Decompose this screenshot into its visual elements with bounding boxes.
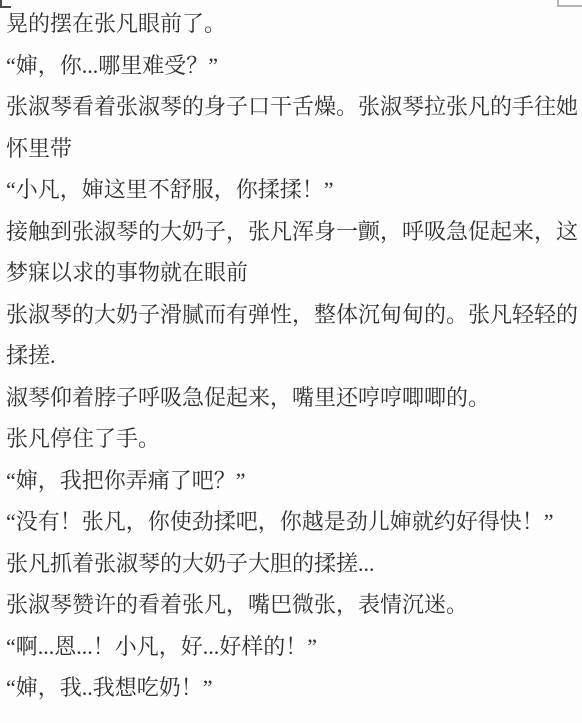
text-line: 晃的摆在张凡眼前了。 (6, 3, 582, 45)
page: { "colors": { "bg-color": "#fdfdfd", "te… (0, 0, 582, 723)
text-line: 揉搓. (6, 335, 582, 377)
text-line: 张淑琴的大奶子滑腻而有弹性，整体沉甸甸的。张凡轻轻的 (6, 294, 582, 336)
text-line: 接触到张淑琴的大奶子，张凡浑身一颤，呼吸急促起来，这 (6, 211, 582, 253)
text-line: 张淑琴看着张淑琴的身子口干舌燥。张淑琴拉张凡的手往她 (6, 86, 582, 128)
text-line: 张淑琴赞许的看着张凡，嘴巴微张，表情沉迷。 (6, 584, 582, 626)
novel-text-page: 晃的摆在张凡眼前了。 “婶，你...哪里难受？” 张淑琴看着张淑琴的身子口干舌燥… (0, 0, 582, 723)
text-block: 晃的摆在张凡眼前了。 “婶，你...哪里难受？” 张淑琴看着张淑琴的身子口干舌燥… (6, 3, 582, 709)
text-line: “婶，我把你弄痛了吧？” (6, 460, 582, 502)
text-line: “婶，我..我想吃奶！” (6, 667, 582, 709)
text-line: “小凡，婶这里不舒服，你揉揉！” (6, 169, 582, 211)
text-line: 淑琴仰着脖子呼吸急促起来，嘴里还哼哼唧唧的。 (6, 377, 582, 419)
text-line: 怀里带 (6, 128, 582, 170)
text-line: “啊...恩...！小凡，好...好样的！” (6, 626, 582, 668)
text-line: “婶，你...哪里难受？” (6, 45, 582, 87)
text-line: 梦寐以求的事物就在眼前 (6, 252, 582, 294)
text-line: 张凡抓着张淑琴的大奶子大胆的揉搓... (6, 543, 582, 585)
text-line: “没有！张凡，你使劲揉吧，你越是劲儿婶就约好得快！” (6, 501, 582, 543)
text-line: 张凡停住了手。 (6, 418, 582, 460)
